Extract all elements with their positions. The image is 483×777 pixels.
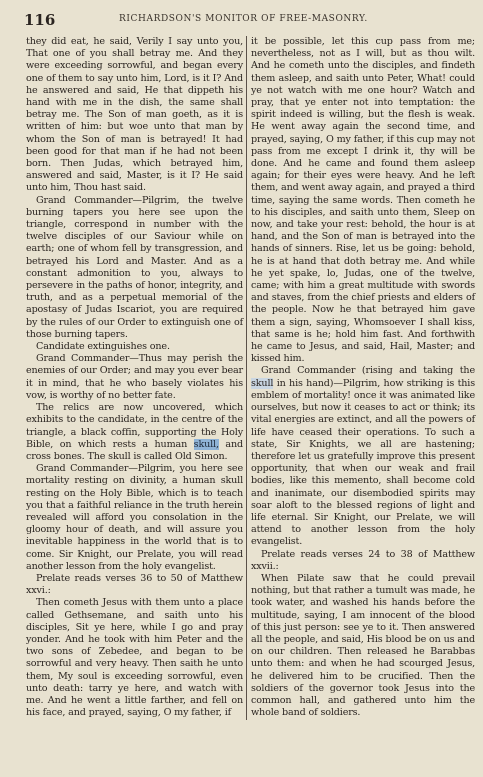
paragraph: Grand Commander (rising and taking the s… <box>251 365 475 548</box>
stage-direction: Prelate reads verses 24 to 38 of Matthew… <box>251 549 475 573</box>
paragraph: Grand Commander—Pilgrim, you here see mo… <box>26 463 243 573</box>
text-span: in his hand)—Pilgrim, how striking is th… <box>251 378 475 548</box>
left-column: they did eat, he said, Verily I say unto… <box>26 36 243 719</box>
paragraph: Grand Commander—Thus may perish the enem… <box>26 353 243 402</box>
right-column: it be possible, let this cup pass from m… <box>251 36 475 719</box>
paragraph: The relics are now uncovered, which exhi… <box>26 402 243 463</box>
paragraph: Grand Commander—Pilgrim, the twelve burn… <box>26 195 243 341</box>
page-number: 116 <box>24 11 55 29</box>
text-span: Grand Commander (rising and taking the <box>261 365 475 376</box>
search-match-highlight[interactable]: skull <box>251 378 273 389</box>
running-head: RICHARDSON'S MONITOR OF FREE-MASONRY. <box>119 14 368 24</box>
paragraph: they did eat, he said, Verily I say unto… <box>26 36 243 195</box>
column-divider <box>246 36 247 720</box>
paragraph: it be possible, let this cup pass from m… <box>251 36 475 365</box>
selected-text-highlight[interactable]: skull, <box>194 439 219 450</box>
page-header: 116 RICHARDSON'S MONITOR OF FREE-MASONRY… <box>24 11 473 27</box>
paragraph: Then cometh Jesus with them unto a place… <box>26 597 243 719</box>
paragraph: When Pilate saw that he could prevail no… <box>251 573 475 719</box>
stage-direction: Candidate extinguishes one. <box>26 341 243 353</box>
stage-direction: Prelate reads verses 36 to 50 of Matthew… <box>26 573 243 597</box>
